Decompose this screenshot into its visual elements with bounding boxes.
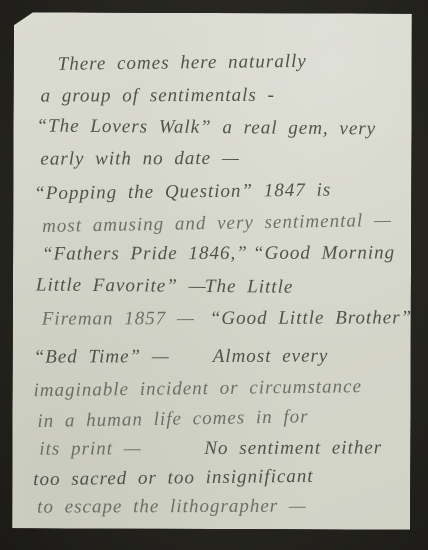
line-text: “Popping the Question” 1847 is [34,180,331,206]
line-text: “The Lovers Walk” a real gem, very [36,115,376,140]
line-text: imaginable incident or circumstance [33,376,362,402]
line-text: “Bed Time” — [34,346,170,368]
photo-backdrop: There comes here naturally a group of se… [0,0,428,550]
line-text: in a human life comes in for [37,406,309,433]
line-text: a group of sentimentals - [41,85,275,108]
line-text: The Little [205,276,294,299]
handwritten-line: a group of sentimentals - [14,84,412,113]
handwritten-line: “Bed Time” — Almost every [13,345,411,374]
line-text: most amusing and very sentimental — [42,210,392,238]
line-text: to escape the lithographer — [37,496,307,519]
line-text: its print — [39,438,141,460]
handwritten-line: imaginable incident or circumstance [12,376,410,409]
line-text: There comes here naturally [58,51,307,76]
line-text: “Fathers Pride 1846,” [42,243,248,266]
line-text: “Good Little Brother” [210,307,412,330]
line-text: Almost every [213,346,329,368]
handwritten-line: “The Lovers Walk” a real gem, very [13,115,411,146]
handwritten-line: early with no date — [13,147,411,176]
handwritten-line: in a human life comes in for [12,405,410,440]
handwritten-line: There comes here naturally [14,50,412,83]
handwritten-line: “Fathers Pride 1846,” “Good Morning [13,242,411,271]
line-text: Fireman 1857 — [42,308,195,331]
handwritten-line: “Popping the Question” 1847 is [13,179,411,212]
handwritten-line: Fireman 1857 — “Good Little Brother” [13,307,411,336]
handwritten-line: most amusing and very sentimental — [13,210,411,245]
handwritten-line: to escape the lithographer — [12,495,410,524]
handwritten-line: Little Favorite” — The Little [13,274,411,305]
letter-page: There comes here naturally a group of se… [12,12,412,529]
handwritten-text: There comes here naturally a group of se… [12,12,412,529]
line-text: Little Favorite” — [36,274,207,297]
handwritten-line: its print — No sentiment either [12,437,410,466]
line-text: “Good Morning [253,242,395,264]
handwritten-line: too sacred or too insignificant [12,465,410,498]
line-text: No sentiment either [204,437,382,460]
line-text: too sacred or too insignificant [33,466,314,491]
line-text: early with no date — [40,148,239,171]
